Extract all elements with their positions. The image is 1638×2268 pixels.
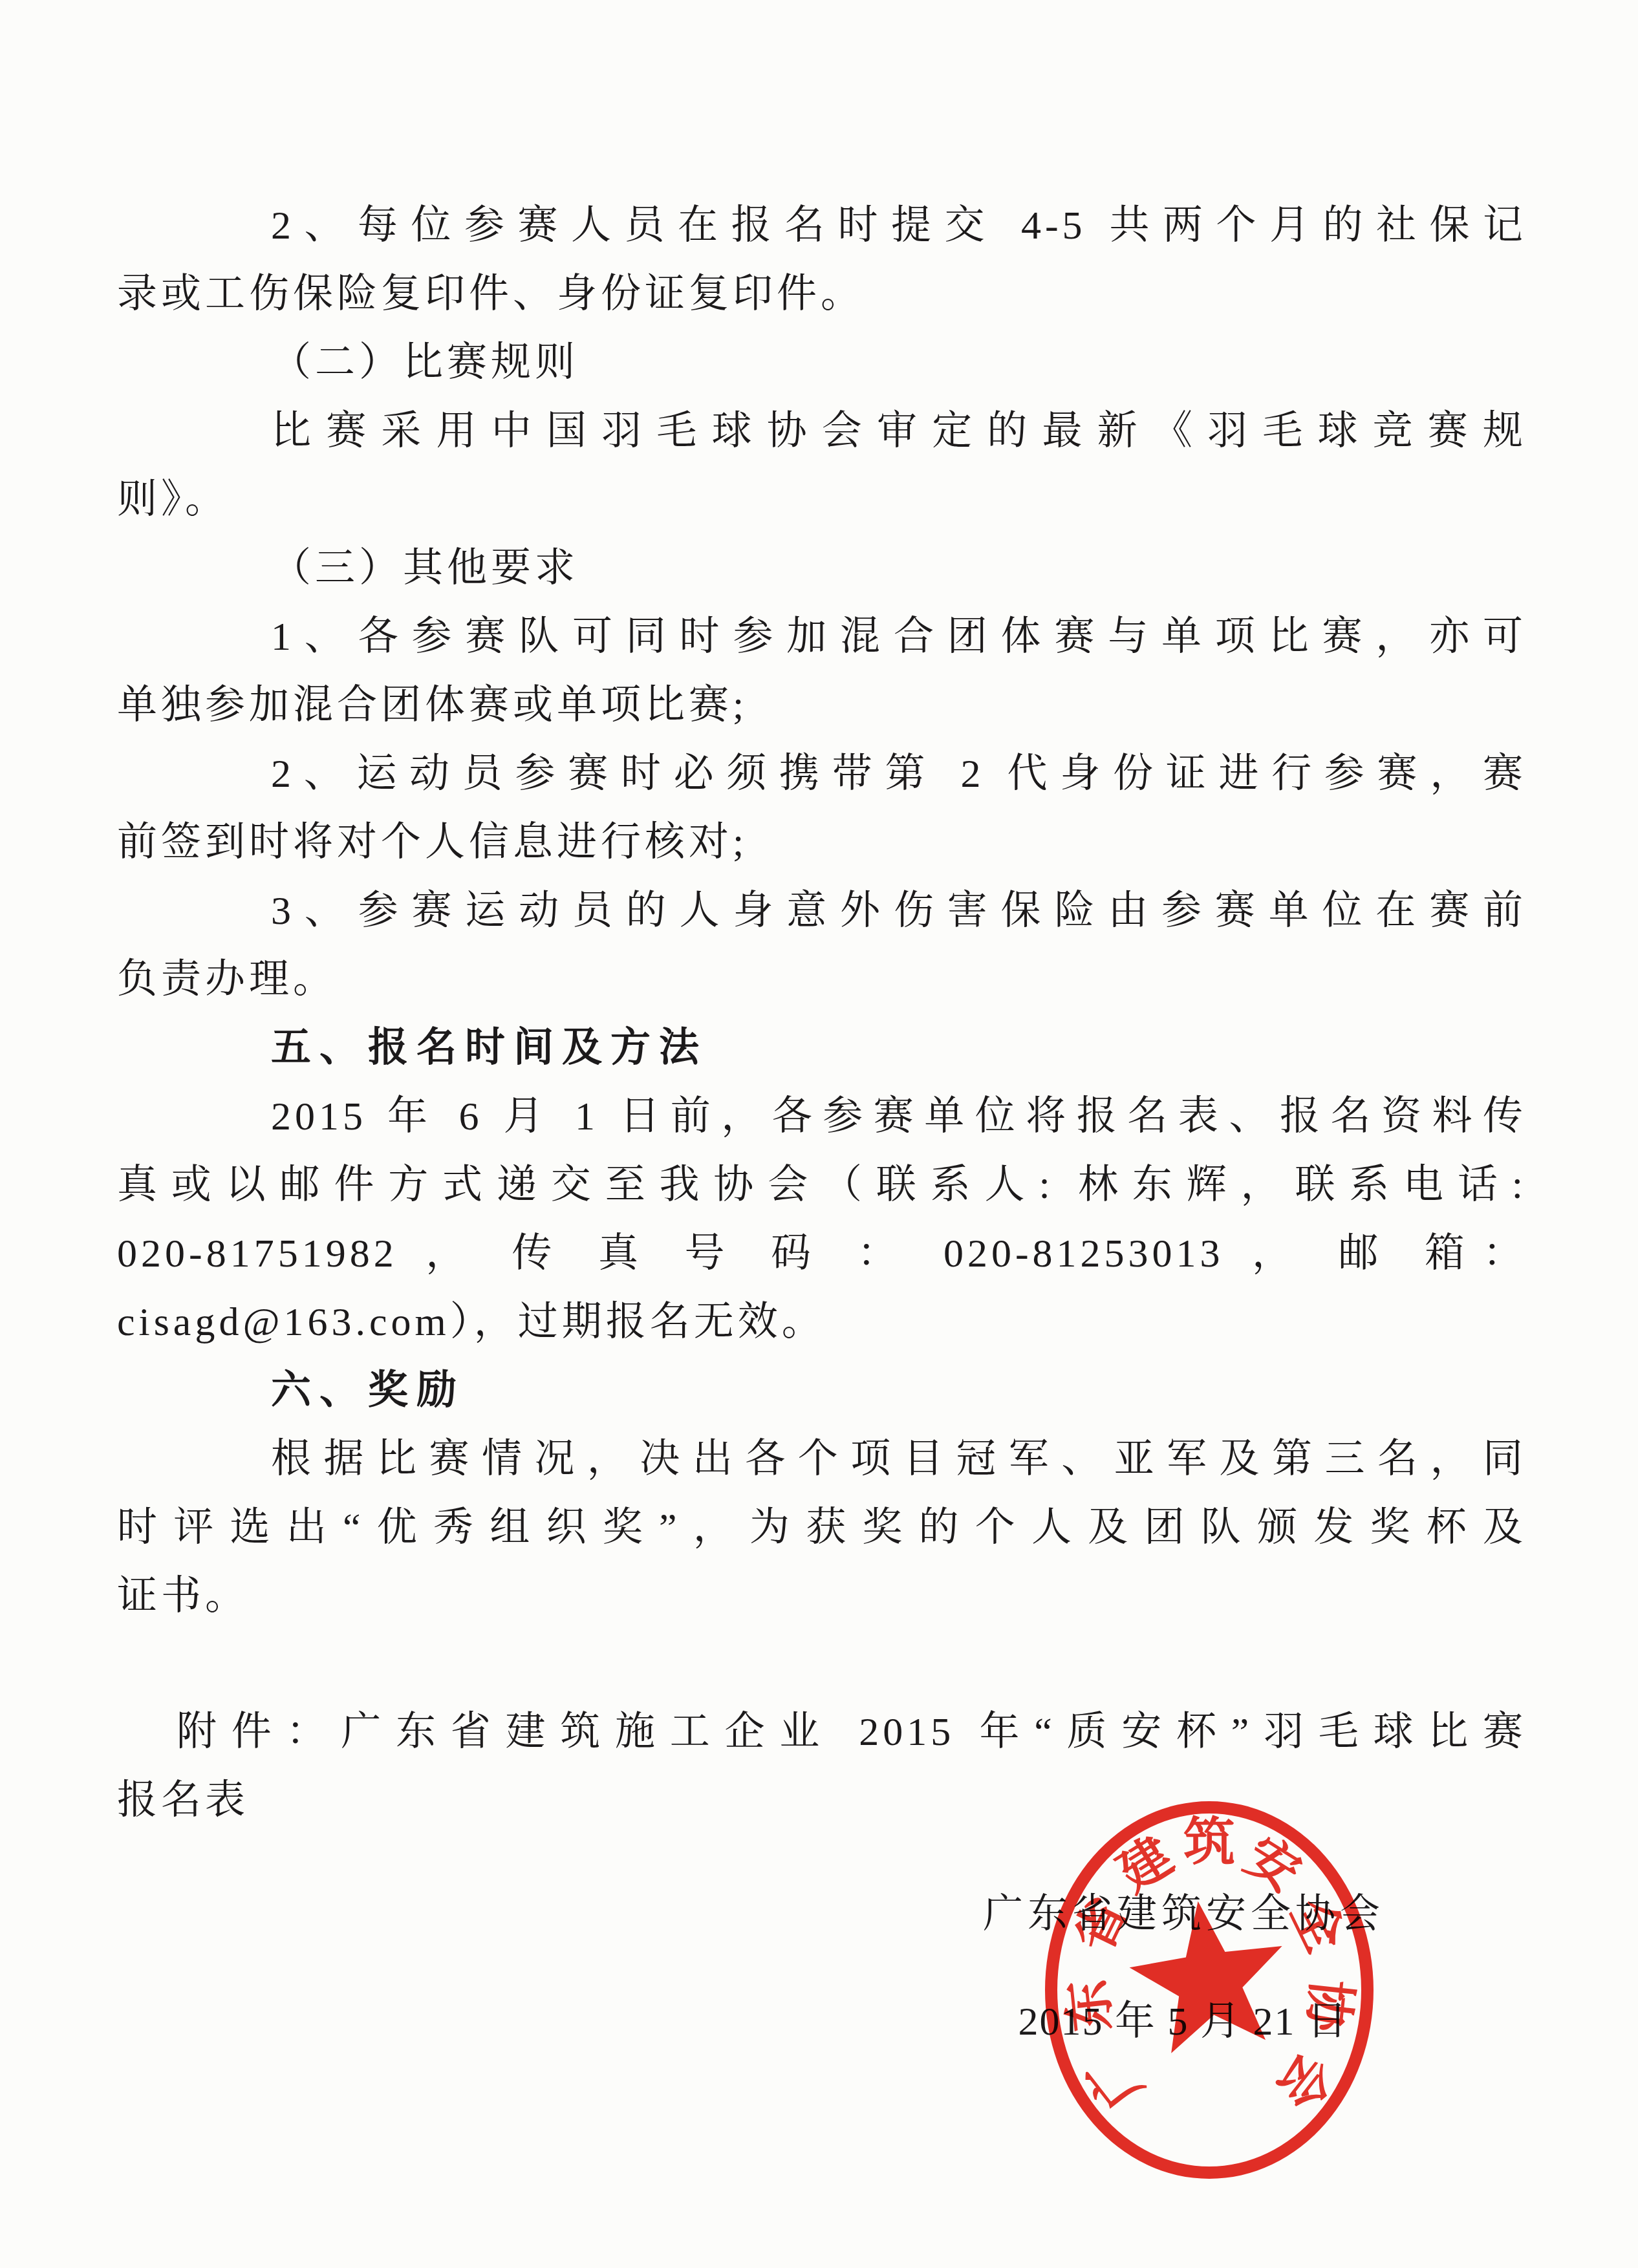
document-line: 录或工伤保险复印件、身份证复印件。	[117, 260, 1527, 328]
signature-org: 广东省建筑安全协会	[983, 1881, 1385, 1939]
document-line: 1、各参赛队可同时参加混合团体赛与单项比赛，亦可	[117, 603, 1527, 671]
document-line: 负责办理。	[117, 945, 1527, 1014]
document-line: 比赛采用中国羽毛球协会审定的最新《羽毛球竞赛规	[117, 397, 1527, 465]
document-line: 2、运动员参赛时必须携带第 2 代身份证进行参赛，赛	[117, 740, 1527, 808]
signature-date: 2015 年 5 月 21 日	[1018, 1989, 1348, 2046]
section-heading: 六、奖励	[117, 1356, 1527, 1425]
document-line: cisagd@163.com），过期报名无效。	[117, 1288, 1527, 1356]
document-line: 3、参赛运动员的人身意外伤害保险由参赛单位在赛前	[117, 877, 1527, 945]
document-line: 时评选出“优秀组织奖”，为获奖的个人及团队颁发奖杯及	[117, 1493, 1527, 1562]
document-line: 2、每位参赛人员在报名时提交 4-5 共两个月的社保记	[117, 191, 1527, 260]
blank-gap	[117, 1631, 1527, 1698]
document-line: 2015 年 6 月 1 日前，各参赛单位将报名表、报名资料传	[117, 1082, 1527, 1151]
scanned-document-page: 2、每位参赛人员在报名时提交 4-5 共两个月的社保记 录或工伤保险复印件、身份…	[0, 0, 1638, 2268]
document-line: 则》。	[117, 465, 1527, 534]
document-line: 证书。	[117, 1562, 1527, 1631]
document-line: （二）比赛规则	[117, 328, 1527, 397]
attachment-line: 附件：广东省建筑施工企业 2015 年“质安杯”羽毛球比赛	[117, 1698, 1527, 1766]
document-line: 020-81751982 ， 传 真 号 码 ： 020-81253013 ， …	[117, 1219, 1527, 1288]
document-line: 前签到时将对个人信息进行核对;	[117, 808, 1527, 877]
attachment-line: 报名表	[117, 1766, 1527, 1835]
document-line: （三）其他要求	[117, 534, 1527, 603]
document-line: 真或以邮件方式递交至我协会（联系人: 林东辉，联系电话:	[117, 1151, 1527, 1219]
seal-ring-char: 广	[1079, 2044, 1151, 2117]
document-line: 根据比赛情况，决出各个项目冠军、亚军及第三名，同	[117, 1425, 1527, 1493]
document-body: 2、每位参赛人员在报名时提交 4-5 共两个月的社保记 录或工伤保险复印件、身份…	[117, 191, 1527, 1835]
document-line: 单独参加混合团体赛或单项比赛;	[117, 671, 1527, 740]
section-heading: 五、报名时间及方法	[117, 1014, 1527, 1082]
seal-ring-char: 会	[1267, 2044, 1340, 2117]
